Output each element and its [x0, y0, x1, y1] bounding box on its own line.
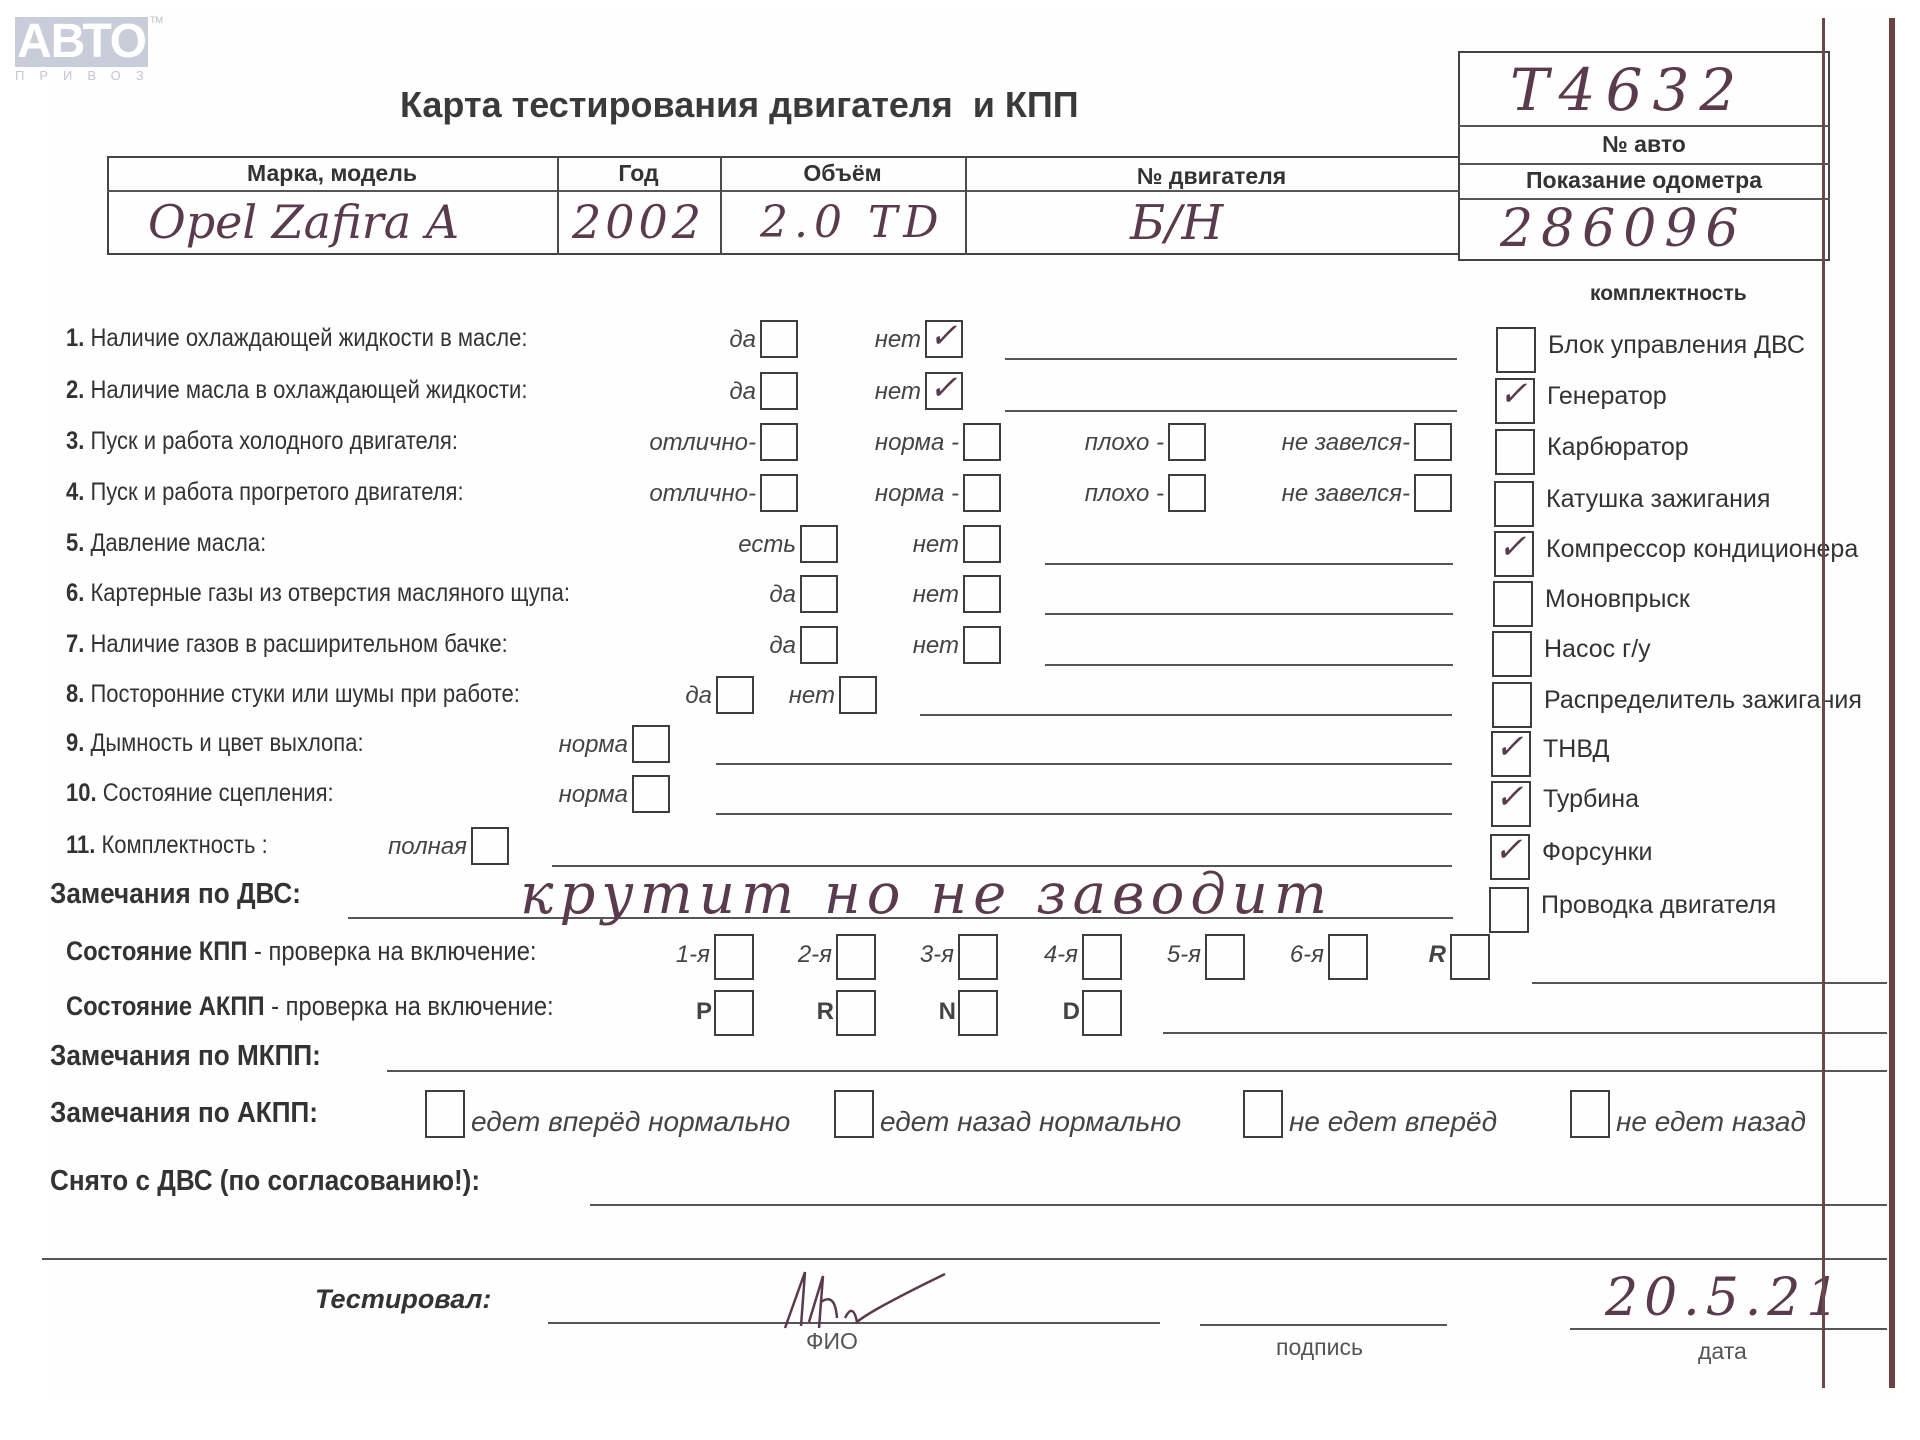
divider [1458, 125, 1830, 127]
item-text: Пуск и работа прогретого двигателя: [84, 478, 463, 506]
option-checkbox[interactable] [1414, 423, 1452, 461]
auto-remark-checkbox[interactable] [1243, 1090, 1283, 1138]
option-checkbox[interactable] [839, 676, 877, 714]
checklist-item-label: 8. Посторонние стуки или шумы при работе… [66, 680, 520, 709]
engine-remarks-value[interactable]: крутит но не заводит [520, 862, 1333, 927]
completeness-item-label: Генератор [1547, 382, 1667, 411]
column-header-make-model: Марка, модель [107, 160, 557, 187]
page-title: Карта тестирования двигателя и КПП [400, 84, 1079, 126]
completeness-title: комплектность [1590, 282, 1747, 306]
item-number: 5. [66, 529, 84, 557]
section-divider [42, 1258, 1887, 1260]
item-number: 11. [66, 831, 95, 859]
item-text: Наличие масла в охлаждающей жидкости: [84, 376, 527, 404]
item-number: 2. [66, 376, 84, 404]
completeness-item-label: Блок управления ДВС [1548, 331, 1805, 360]
completeness-checkbox[interactable] [1489, 887, 1529, 933]
gear-label: 1-я [608, 941, 710, 969]
removed-parts-label: Снято с ДВС (по согласованию!): [50, 1165, 480, 1198]
item-text: Посторонние стуки или шумы при работе: [84, 680, 520, 708]
auto-remarks-line [387, 1110, 1887, 1112]
margin-line-thick [1889, 18, 1895, 1388]
completeness-checkbox[interactable]: ✓ [1490, 834, 1530, 880]
completeness-item-label: Моновпрыск [1545, 585, 1690, 614]
option-checkbox[interactable]: ✓ [925, 372, 963, 410]
item-number: 10. [66, 779, 97, 807]
item-text: Наличие газов в расширительном бачке: [84, 630, 507, 658]
item-number: 6. [66, 579, 84, 607]
item-text: Комплектность : [95, 831, 267, 859]
completeness-item-label: Компрессор кондиционера [1546, 535, 1858, 564]
completeness-item-label: Проводка двигателя [1541, 891, 1776, 920]
option-checkbox[interactable] [963, 626, 1001, 664]
vehicle-number-value[interactable]: Т4632 [1510, 56, 1746, 124]
gear-label: R [1362, 941, 1446, 969]
engine-number-value[interactable]: Б/Н [1130, 195, 1223, 251]
completeness-checkbox[interactable] [1492, 682, 1532, 728]
item-number: 7. [66, 630, 84, 658]
manual-gearbox-subtitle: - проверка на включение: [247, 936, 536, 966]
check-mark-icon: ✓ [1498, 527, 1527, 567]
completeness-checkbox[interactable]: ✓ [1495, 378, 1535, 424]
item-number: 3. [66, 427, 84, 455]
check-mark-icon: ✓ [1495, 727, 1524, 767]
completeness-item-label: ТНВД [1543, 735, 1609, 764]
item-text: Давление масла: [84, 529, 266, 557]
selector-checkbox[interactable] [836, 990, 876, 1036]
item-text: Наличие охлаждающей жидкости в масле: [84, 324, 527, 352]
auto-gearbox-title: Состояние АКПП [66, 991, 265, 1021]
checklist-item-label: 10. Состояние сцепления: [66, 779, 334, 808]
completeness-item-label: Насос г/у [1544, 635, 1651, 664]
checklist-item-label: 1. Наличие охлаждающей жидкости в масле: [66, 324, 527, 353]
completeness-item-label: Форсунки [1542, 838, 1653, 867]
checklist-item-label: 3. Пуск и работа холодного двигателя: [66, 427, 458, 456]
option-label: полная [350, 833, 467, 861]
logo-brand: АВТО [17, 15, 146, 68]
date-value[interactable]: 20.5.21 [1605, 1268, 1845, 1328]
notes-line[interactable] [1045, 613, 1453, 615]
manual-gearbox-label: Состояние КПП - проверка на включение: [66, 936, 537, 967]
option-label: не завелся- [1130, 480, 1410, 508]
option-label: да [605, 581, 796, 609]
notes-line[interactable] [1005, 358, 1457, 360]
notes-line[interactable] [1005, 410, 1457, 412]
item-text: Картерные газы из отверстия масляного щу… [84, 579, 570, 607]
option-checkbox[interactable] [1414, 474, 1452, 512]
checklist-item-label: 4. Пуск и работа прогретого двигателя: [66, 478, 464, 507]
auto-gearbox-line [1163, 1032, 1887, 1034]
option-label: плохо - [895, 480, 1164, 508]
manual-gearbox-line [1532, 982, 1887, 984]
check-mark-icon: ✓ [1499, 374, 1528, 414]
check-mark-icon: ✓ [1494, 830, 1523, 870]
item-text: Пуск и работа холодного двигателя: [84, 427, 458, 455]
odometer-label: Показание одометра [1458, 167, 1830, 194]
auto-remark-checkbox[interactable] [1570, 1090, 1610, 1138]
option-label: отлично- [515, 429, 756, 457]
option-checkbox[interactable]: ✓ [925, 320, 963, 358]
check-mark-icon: ✓ [929, 316, 958, 356]
completeness-checkbox[interactable]: ✓ [1491, 731, 1531, 777]
gear-label: 6-я [1223, 941, 1324, 969]
completeness-checkbox[interactable] [1496, 327, 1536, 373]
completeness-checkbox[interactable] [1493, 581, 1533, 627]
column-header-engine-number: № двигателя [965, 163, 1458, 190]
removed-parts-line[interactable] [590, 1204, 1887, 1206]
selector-label: R [753, 998, 834, 1026]
vehicle-number-label: № авто [1458, 131, 1830, 158]
selector-checkbox[interactable] [714, 990, 754, 1036]
logo-trademark: TM [150, 15, 163, 25]
checklist-item-label: 11. Комплектность : [66, 831, 268, 860]
option-label: нет [760, 326, 921, 354]
item-number: 8. [66, 680, 84, 708]
completeness-checkbox[interactable]: ✓ [1491, 781, 1531, 827]
manual-gearbox-title: Состояние КПП [66, 936, 247, 966]
option-label: да [560, 378, 756, 406]
auto-remarks-label: Замечания по АКПП: [50, 1097, 318, 1130]
make-model-value[interactable]: Opel Zafira A [148, 195, 459, 249]
signature-scribble [775, 1262, 955, 1334]
option-label: нет [636, 682, 835, 710]
completeness-item-label: Распределитель зажигания [1544, 686, 1862, 715]
option-label: нет [795, 581, 959, 609]
signature-line[interactable] [1200, 1324, 1447, 1326]
auto-gearbox-label: Состояние АКПП - проверка на включение: [66, 991, 554, 1022]
check-mark-icon: ✓ [1495, 777, 1524, 817]
gear-label: 5-я [1100, 941, 1201, 969]
notes-line[interactable] [920, 714, 1452, 716]
logo: АВТО [15, 17, 148, 67]
option-checkbox[interactable] [963, 525, 1001, 563]
checklist-item-label: 7. Наличие газов в расширительном бачке: [66, 630, 508, 659]
volume-value[interactable]: 2.0 TD [760, 197, 945, 248]
engine-remarks-label: Замечания по ДВС: [50, 878, 301, 911]
completeness-checkbox[interactable] [1495, 429, 1535, 475]
option-label: есть [605, 531, 796, 559]
check-mark-icon: ✓ [929, 368, 958, 408]
gear-label: 4-я [976, 941, 1078, 969]
selector-checkbox[interactable] [1082, 990, 1122, 1036]
item-text: Дымность и цвет выхлопа: [84, 729, 363, 757]
completeness-item-label: Турбина [1543, 785, 1639, 814]
logo-subtitle: ПРИВОЗ [15, 68, 150, 83]
manual-remarks-label: Замечания по МКПП: [50, 1040, 321, 1073]
selector-label: P [630, 998, 712, 1026]
option-checkbox[interactable] [963, 575, 1001, 613]
option-label: норма [400, 781, 628, 809]
option-label: не завелся- [1130, 429, 1410, 457]
divider [1458, 163, 1830, 165]
completeness-checkbox[interactable]: ✓ [1494, 531, 1534, 577]
column-header-year: Год [557, 160, 720, 187]
completeness-checkbox[interactable] [1494, 481, 1534, 527]
tested-by-label: Тестировал: [315, 1284, 491, 1315]
completeness-checkbox[interactable] [1492, 631, 1532, 677]
option-label: да [560, 326, 756, 354]
checklist-item-label: 6. Картерные газы из отверстия масляного… [66, 579, 570, 608]
notes-line[interactable] [1045, 664, 1453, 666]
signature-caption: подпись [1276, 1334, 1363, 1361]
divider [107, 190, 1460, 192]
selector-checkbox[interactable] [958, 990, 998, 1036]
auto-remark-checkbox[interactable] [834, 1090, 874, 1138]
odometer-value[interactable]: 286096 [1500, 199, 1747, 259]
completeness-item-label: Карбюратор [1547, 433, 1689, 462]
item-text: Состояние сцепления: [97, 779, 334, 807]
notes-line[interactable] [1045, 563, 1453, 565]
gear-label: 2-я [730, 941, 832, 969]
completeness-item-label: Катушка зажигания [1546, 485, 1770, 514]
date-caption: дата [1698, 1338, 1747, 1365]
option-label: нет [795, 632, 959, 660]
option-label: нет [760, 378, 921, 406]
option-label: отлично- [515, 480, 756, 508]
year-value[interactable]: 2002 [572, 195, 705, 249]
gear-label: 3-я [853, 941, 954, 969]
manual-remarks-line[interactable] [387, 1070, 1887, 1072]
checklist-item-label: 9. Дымность и цвет выхлопа: [66, 729, 364, 758]
checklist-item-label: 2. Наличие масла в охлаждающей жидкости: [66, 376, 527, 405]
option-label: норма [400, 731, 628, 759]
date-line[interactable] [1570, 1328, 1887, 1330]
selector-label: N [876, 998, 956, 1026]
option-label: да [605, 632, 796, 660]
selector-label: D [1000, 998, 1080, 1026]
column-header-volume: Объём [720, 160, 965, 187]
checklist-item-label: 5. Давление масла: [66, 529, 266, 558]
auto-gearbox-subtitle: - проверка на включение: [265, 991, 554, 1021]
item-number: 4. [66, 478, 84, 506]
gear-checkbox[interactable] [1450, 934, 1490, 980]
option-label: нет [795, 531, 959, 559]
auto-remark-checkbox[interactable] [425, 1090, 465, 1138]
margin-line [1822, 18, 1825, 1388]
notes-line[interactable] [716, 763, 1452, 765]
option-label: плохо - [895, 429, 1164, 457]
item-number: 9. [66, 729, 84, 757]
option-checkbox[interactable] [471, 827, 509, 865]
notes-line[interactable] [716, 813, 1452, 815]
option-checkbox[interactable] [632, 775, 670, 813]
option-checkbox[interactable] [632, 725, 670, 763]
item-number: 1. [66, 324, 84, 352]
